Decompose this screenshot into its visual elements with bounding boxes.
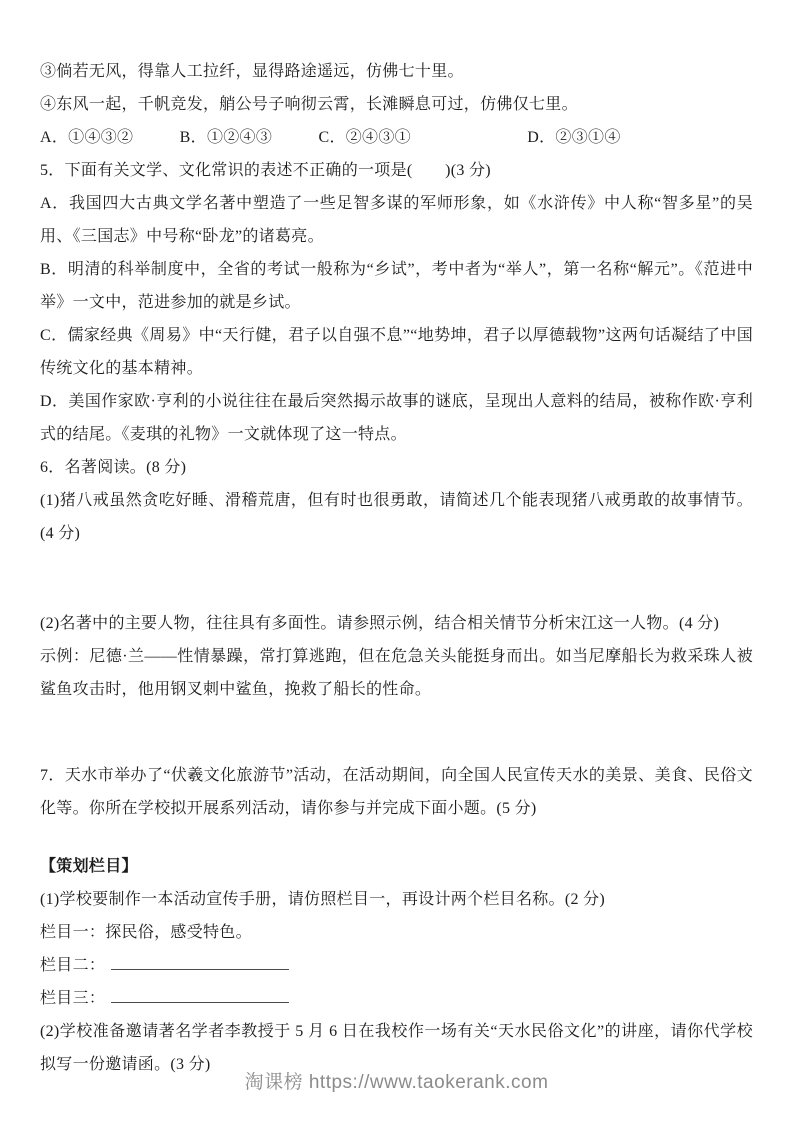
q5-option-c: C．儒家经典《周易》中“天行健，君子以自强不息”“地势坤，君子以厚德载物”这两句… <box>40 319 753 385</box>
q5-stem: 5．下面有关文学、文化常识的表述不正确的一项是( )(3 分) <box>40 154 753 187</box>
exam-content: ③倘若无风，得靠人工拉纤，显得路途遥远，仿佛七十里。 ④东风一起，千帆竞发，艄公… <box>0 0 793 1081</box>
q7-section-header: 【策划栏目】 <box>40 850 753 883</box>
q4-option-d: D．②③①④ <box>527 121 620 154</box>
q7-column3-answer-blank <box>111 988 289 1003</box>
q4-option-c: C．②④③① <box>318 121 410 154</box>
q6-part1: (1)猪八戒虽然贪吃好睡、滑稽荒唐，但有时也很勇敢，请简述几个能表现猪八戒勇敢的… <box>40 484 753 550</box>
q5-option-b: B．明清的科举制度中，全省的考试一般称为“乡试”，考中者为“举人”，第一名称“解… <box>40 253 753 319</box>
q6-title: 6．名著阅读。(8 分) <box>40 451 753 484</box>
exam-paper-page: ③倘若无风，得靠人工拉纤，显得路途遥远，仿佛七十里。 ④东风一起，千帆竞发，艄公… <box>0 0 793 1122</box>
sort-sentence-4: ④东风一起，千帆竞发，艄公号子响彻云霄，长滩瞬息可过，仿佛仅七里。 <box>40 88 753 121</box>
q7-column3-label: 栏目三： <box>40 990 105 1007</box>
q6-example: 示例：尼德·兰——性情暴躁，常打算逃跑，但在危急关头能挺身而出。如当尼摩船长为救… <box>40 640 753 706</box>
q7-stem: 7．天水市举办了“伏羲文化旅游节”活动，在活动期间，向全国人民宣传天水的美景、美… <box>40 759 753 825</box>
q4-options-row: A．①④③② B．①②④③ C．②④③① D．②③①④ <box>40 121 753 154</box>
watermark-footer: 淘课榜 https://www.taokerank.com <box>0 1067 793 1094</box>
q7-part1: (1)学校要制作一本活动宣传手册，请仿照栏目一，再设计两个栏目名称。(2 分) <box>40 883 753 916</box>
q4-option-a: A．①④③② <box>40 121 133 154</box>
q4-option-b: B．①②④③ <box>180 121 272 154</box>
q7-column1: 栏目一：探民俗，感受特色。 <box>40 916 753 949</box>
q6-part2: (2)名著中的主要人物，往往具有多面性。请参照示例，结合相关情节分析宋江这一人物… <box>40 607 753 640</box>
q5-option-a: A．我国四大古典文学名著中塑造了一些足智多谋的军师形象，如《水浒传》中人称“智多… <box>40 187 753 253</box>
sort-sentence-3: ③倘若无风，得靠人工拉纤，显得路途遥远，仿佛七十里。 <box>40 55 753 88</box>
q5-option-d: D．美国作家欧·亨利的小说往往在最后突然揭示故事的谜底，呈现出人意料的结局，被称… <box>40 385 753 451</box>
q7-column2-answer-blank <box>111 955 289 970</box>
q7-column3-row: 栏目三： <box>40 982 753 1015</box>
q7-column2-label: 栏目二： <box>40 957 105 974</box>
q7-column2-row: 栏目二： <box>40 949 753 982</box>
